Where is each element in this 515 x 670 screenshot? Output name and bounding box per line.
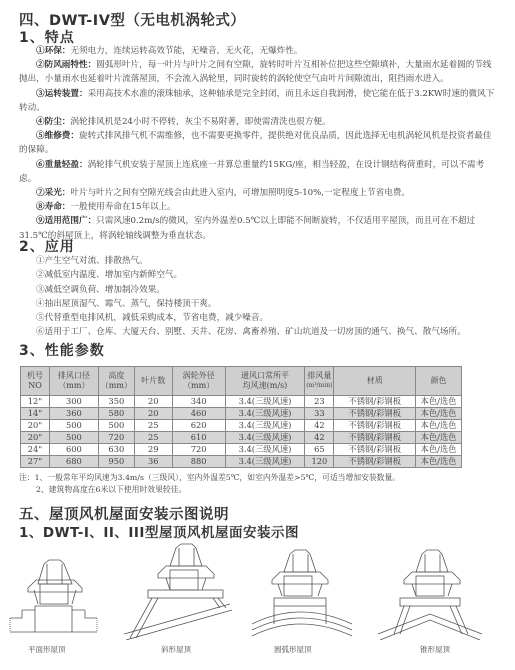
table-cell: 300 [49, 396, 98, 408]
header-line: 颜色 [416, 376, 461, 386]
table-cell: 本色/选色 [416, 408, 462, 420]
applications-list: ①产生空气对流、排散热气。 ②减低室内温度、增加室内新鲜空气。 ③减低空调负荷、… [19, 254, 497, 340]
arched-roof-diagram-icon [252, 540, 362, 640]
header-line: 通风口常所平 [226, 371, 305, 381]
feature-item: ①环保：无须电力，连续运转高效节能，无噪音，无火花，无爆炸性。 [19, 44, 497, 58]
table-cell: 不锈钢/彩钢板 [334, 420, 416, 432]
application-item: ②减低室内温度、增加室内新鲜空气。 [19, 268, 497, 282]
table-cell: 620 [172, 420, 225, 432]
table-cell: 500 [49, 432, 98, 444]
figure-sloped-roof: 斜形屋顶 [118, 540, 238, 640]
feature-item: ④防尘：涡轮排风机是24小时不停转，灰尘不易附著，即使需清洗也很方便。 [19, 115, 497, 129]
installation-figures: 平面形屋顶 斜形屋顶 [0, 540, 515, 670]
column-header: 高度（mm） [98, 367, 134, 396]
table-cell: 350 [98, 396, 134, 408]
table-cell: 不锈钢/彩钢板 [334, 432, 416, 444]
figure-caption: 平面形屋顶 [28, 644, 66, 655]
feature-label: ⑥重量轻盈： [36, 160, 88, 170]
feature-text: 叶片与叶片之间有空隙光线会由此进入室内，可增加照明度5-10%,一定程度上节省电… [70, 188, 410, 198]
table-cell: 36 [134, 456, 172, 468]
table-cell: 500 [49, 420, 98, 432]
column-header: 叶片数 [134, 367, 172, 396]
table-cell: 不锈钢/彩钢板 [334, 444, 416, 456]
applications-heading: 2、应用 [19, 236, 75, 256]
table-cell: 720 [172, 444, 225, 456]
table-cell: 950 [98, 456, 134, 468]
conical-roof-diagram-icon [372, 540, 492, 640]
feature-text: 涡轮排气机安装于屋顶上连底座一并算总重量约15KG/座，相当轻盈，在设计钢结构荷… [19, 160, 484, 184]
header-line: 叶片数 [135, 376, 172, 386]
feature-text: 旋转式排风排气机不需维修，也不需要更换零件，提供绝对优良品质，因此选择无电机涡轮… [19, 131, 492, 155]
feature-text: 涡轮排风机是24小时不停转，灰尘不易附著，即使需清洗也很方便。 [70, 117, 330, 127]
note-2: 2、建筑物高度在6米以下使用时效果较佳。 [19, 484, 400, 496]
header-line: (m³/min) [305, 381, 333, 391]
application-item: ④抽出屋顶湿气、霉气、蒸气，保持楼顶干爽。 [19, 297, 497, 311]
flat-roof-diagram-icon [2, 540, 102, 640]
table-cell: 20" [21, 432, 50, 444]
header-line: NO [21, 381, 49, 391]
table-cell: 3.4(三级风速) [225, 408, 305, 420]
header-line: 排风量 [305, 371, 333, 381]
table-cell: 680 [49, 456, 98, 468]
feature-item: ⑧寿命：一般使用寿命在15年以上。 [19, 200, 497, 214]
performance-heading: 3、性能参数 [19, 340, 105, 360]
column-header: 机号NO [21, 367, 50, 396]
table-row: 14"360580204603.4(三级风速)33不锈钢/彩钢板本色/选色 [21, 408, 462, 420]
table-cell: 本色/选色 [416, 444, 462, 456]
figure-flat-roof: 平面形屋顶 [2, 540, 102, 640]
application-item: ①产生空气对流、排散热气。 [19, 254, 497, 268]
header-line: 机号 [21, 371, 49, 381]
table-cell: 20" [21, 420, 50, 432]
table-cell: 42 [305, 420, 334, 432]
feature-label: ④防尘： [36, 117, 70, 127]
header-line: 涡轮外径 [173, 371, 225, 381]
column-header: 涡轮外径（mm） [172, 367, 225, 396]
application-item: ⑥适用于工厂、仓库、大厦天台、别墅、天井、花房、禽畜养殖、矿山坑道及一切房顶的通… [19, 325, 497, 339]
table-row: 27"680950368803.4(三级风速)120不锈钢/彩钢板本色/选色 [21, 456, 462, 468]
table-cell: 460 [172, 408, 225, 420]
feature-label: ⑤维修费： [36, 131, 79, 141]
table-row: 24"600630297203.4(三级风速)65不锈钢/彩钢板本色/选色 [21, 444, 462, 456]
table-cell: 25 [134, 420, 172, 432]
table-cell: 3.4(三级风速) [225, 456, 305, 468]
header-line: 排风口径 [50, 371, 98, 381]
feature-item: ⑥重量轻盈：涡轮排气机安装于屋顶上连底座一并算总重量约15KG/座，相当轻盈，在… [19, 158, 497, 186]
table-cell: 720 [98, 432, 134, 444]
table-cell: 本色/选色 [416, 456, 462, 468]
table-cell: 不锈钢/彩钢板 [334, 456, 416, 468]
table-cell: 3.4(三级风速) [225, 420, 305, 432]
feature-label: ⑦采光： [36, 188, 70, 198]
table-cell: 不锈钢/彩钢板 [334, 396, 416, 408]
table-cell: 23 [305, 396, 334, 408]
header-line: （mm） [50, 381, 98, 391]
feature-text: 无须电力，连续运转高效节能，无噪音，无火花，无爆炸性。 [70, 46, 302, 56]
table-cell: 25 [134, 432, 172, 444]
table-row: 12"300350203403.4(三级风速)23不锈钢/彩钢板本色/选色 [21, 396, 462, 408]
feature-label: ⑨适用范围广： [36, 216, 96, 226]
feature-label: ①环保： [36, 46, 70, 56]
figure-arched-roof: 圆弧形屋顶 [252, 540, 362, 640]
table-cell: 630 [98, 444, 134, 456]
table-cell: 20 [134, 396, 172, 408]
table-cell: 本色/选色 [416, 420, 462, 432]
column-header: 排风量(m³/min) [305, 367, 334, 396]
performance-table: 机号NO 排风口径（mm） 高度（mm） 叶片数 涡轮外径（mm） 通风口常所平… [20, 366, 462, 468]
table-row: 20"500500256203.4(三级风速)42不锈钢/彩钢板本色/选色 [21, 420, 462, 432]
header-line: 高度 [99, 371, 134, 381]
table-cell: 33 [305, 408, 334, 420]
header-line: （mm） [173, 381, 225, 391]
feature-item: ⑦采光：叶片与叶片之间有空隙光线会由此进入室内，可增加照明度5-10%,一定程度… [19, 186, 497, 200]
table-header-row: 机号NO 排风口径（mm） 高度（mm） 叶片数 涡轮外径（mm） 通风口常所平… [21, 367, 462, 396]
column-header: 通风口常所平均风速(m/s) [225, 367, 305, 396]
table-row: 20"500720256103.4(三级风速)42不锈钢/彩钢板本色/选色 [21, 432, 462, 444]
note-1: 注：1、一般常年平均风速为3.4m/s（三级风），室内外温差5℃，如室内外温差>… [19, 472, 400, 484]
header-line: 均风速(m/s) [226, 381, 305, 391]
column-header: 材质 [334, 367, 416, 396]
figure-caption: 圆弧形屋顶 [274, 644, 312, 655]
column-header: 排风口径（mm） [49, 367, 98, 396]
table-cell: 3.4(三级风速) [225, 396, 305, 408]
table-cell: 29 [134, 444, 172, 456]
feature-item: ⑤维修费：旋转式排风排气机不需维修，也不需要更换零件，提供绝对优良品质，因此选择… [19, 129, 497, 157]
table-cell: 不锈钢/彩钢板 [334, 408, 416, 420]
table-cell: 65 [305, 444, 334, 456]
application-item: ⑤代替重型电排风机，减低采购成本，节省电费，减少噪音。 [19, 311, 497, 325]
table-cell: 3.4(三级风速) [225, 432, 305, 444]
table-cell: 600 [49, 444, 98, 456]
application-item: ③减低空调负荷、增加制冷效果。 [19, 283, 497, 297]
table-cell: 42 [305, 432, 334, 444]
table-cell: 880 [172, 456, 225, 468]
table-cell: 14" [21, 408, 50, 420]
table-cell: 20 [134, 408, 172, 420]
table-cell: 120 [305, 456, 334, 468]
table-notes: 注：1、一般常年平均风速为3.4m/s（三级风），室内外温差5℃，如室内外温差>… [19, 472, 400, 495]
table-cell: 27" [21, 456, 50, 468]
table-cell: 340 [172, 396, 225, 408]
features-list: ①环保：无须电力，连续运转高效节能，无噪音，无火花，无爆炸性。 ②防风雨特性：圆… [19, 44, 497, 243]
table-cell: 12" [21, 396, 50, 408]
feature-item: ⑨适用范围广：只需风速0.2m/s的微风，室内外温差0.5℃以上即能不间断旋转，… [19, 214, 497, 242]
figure-conical-roof: 锥形屋顶 [372, 540, 492, 640]
header-line: 材质 [334, 376, 415, 386]
table-cell: 360 [49, 408, 98, 420]
table-cell: 3.4(三级风速) [225, 444, 305, 456]
table-cell: 500 [98, 420, 134, 432]
table-cell: 24" [21, 444, 50, 456]
figure-caption: 锥形屋顶 [420, 644, 450, 655]
feature-item: ③运转装置：采用高技术水准的滚珠轴承，这种轴承是完全封闭，而且永远自我润滑，使它… [19, 87, 497, 115]
sloped-roof-diagram-icon [118, 540, 238, 640]
feature-label: ②防风雨特性： [36, 60, 96, 70]
column-header: 颜色 [416, 367, 462, 396]
figure-caption: 斜形屋顶 [161, 644, 191, 655]
feature-text: 一般使用寿命在15年以上。 [70, 202, 175, 212]
table-cell: 本色/选色 [416, 432, 462, 444]
feature-item: ②防风雨特性：圆弧形叶片，每一叶片与叶片之间有空隙，旋转时叶片互相补位把这些空隙… [19, 58, 497, 86]
table-cell: 本色/选色 [416, 396, 462, 408]
section5-subtitle: 1、DWT-I、II、III型屋顶风机屋面安装示图 [19, 521, 299, 541]
table-cell: 580 [98, 408, 134, 420]
table-cell: 610 [172, 432, 225, 444]
feature-text: 采用高技术水准的滚珠轴承，这种轴承是完全封闭，而且永远自我润滑，使它能在低于3.… [19, 89, 494, 113]
feature-label: ③运转装置： [36, 89, 88, 99]
header-line: （mm） [99, 381, 134, 391]
feature-label: ⑧寿命： [36, 202, 70, 212]
